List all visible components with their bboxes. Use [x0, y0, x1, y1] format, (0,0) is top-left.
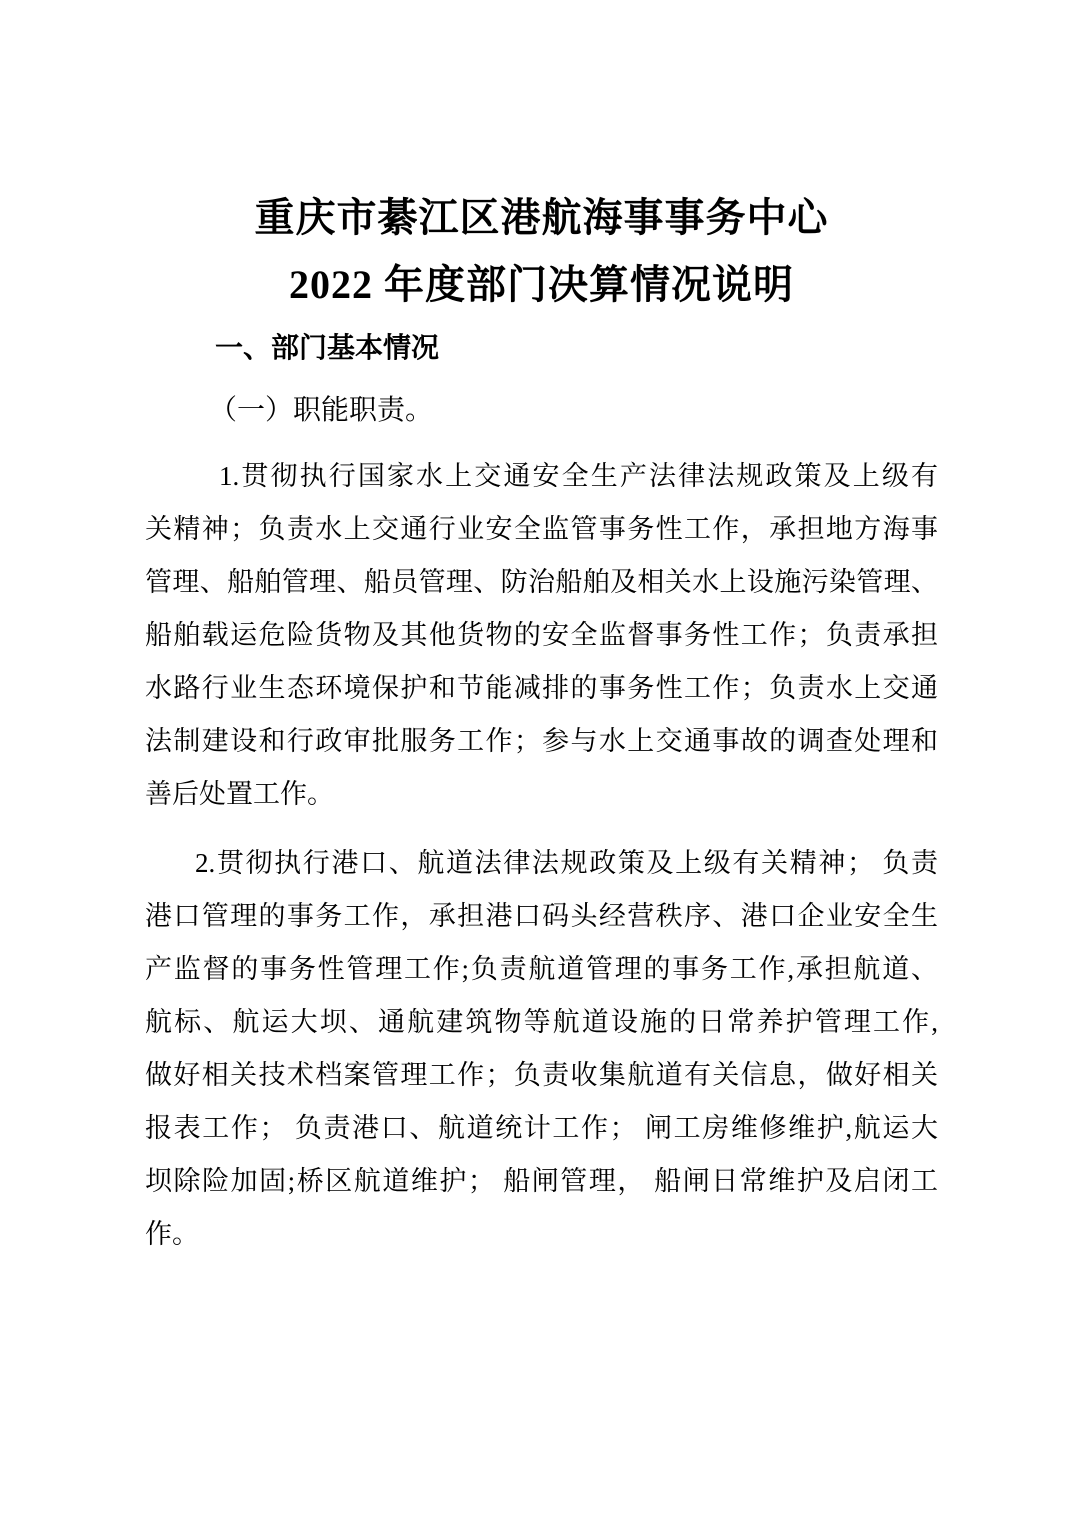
text-line: 2.贯彻执行港口、航道法律法规政策及上级有关精神； 负责	[145, 837, 938, 890]
document-content: 重庆市綦江区港航海事事务中心 2022 年度部门决算情况说明 一、部门基本情况 …	[0, 184, 1074, 1261]
paragraph-1: 1.贯彻执行国家水上交通安全生产法律法规政策及上级有 关精神；负责水上交通行业安…	[145, 450, 938, 821]
text-line: 善后处置工作。	[145, 768, 938, 821]
subsection-heading: （一）职能职责。	[145, 384, 938, 437]
text-line: 水路行业生态环境保护和节能减排的事务性工作；负责水上交通	[145, 662, 938, 715]
document-title-line-2: 2022 年度部门决算情况说明	[145, 251, 938, 318]
text-line: 报表工作； 负责港口、航道统计工作； 闸工房维修维护,航运大	[145, 1102, 938, 1155]
text-line: 产监督的事务性管理工作;负责航道管理的事务工作,承担航道、	[145, 943, 938, 996]
text-line: 法制建设和行政审批服务工作；参与水上交通事故的调查处理和	[145, 715, 938, 768]
text-line: 航标、航运大坝、通航建筑物等航道设施的日常养护管理工作,	[145, 996, 938, 1049]
section-heading: 一、部门基本情况	[145, 321, 938, 375]
text-line: 1.贯彻执行国家水上交通安全生产法律法规政策及上级有	[145, 450, 938, 503]
document-page: 重庆市綦江区港航海事事务中心 2022 年度部门决算情况说明 一、部门基本情况 …	[0, 0, 1074, 1520]
text-line: 作。	[145, 1208, 938, 1261]
text-line: 管理、船舶管理、船员管理、防治船舶及相关水上设施污染管理、	[145, 556, 938, 609]
text-line: 港口管理的事务工作，承担港口码头经营秩序、港口企业安全生	[145, 890, 938, 943]
text-line: 做好相关技术档案管理工作；负责收集航道有关信息，做好相关	[145, 1049, 938, 1102]
text-line: 船舶载运危险货物及其他货物的安全监督事务性工作；负责承担	[145, 609, 938, 662]
document-title-line-1: 重庆市綦江区港航海事事务中心	[145, 184, 938, 251]
paragraph-2: 2.贯彻执行港口、航道法律法规政策及上级有关精神； 负责 港口管理的事务工作，承…	[145, 837, 938, 1261]
text-line: 关精神；负责水上交通行业安全监管事务性工作，承担地方海事	[145, 503, 938, 556]
text-line: 坝除险加固;桥区航道维护； 船闸管理， 船闸日常维护及启闭工	[145, 1155, 938, 1208]
document-title: 重庆市綦江区港航海事事务中心 2022 年度部门决算情况说明	[145, 184, 938, 318]
